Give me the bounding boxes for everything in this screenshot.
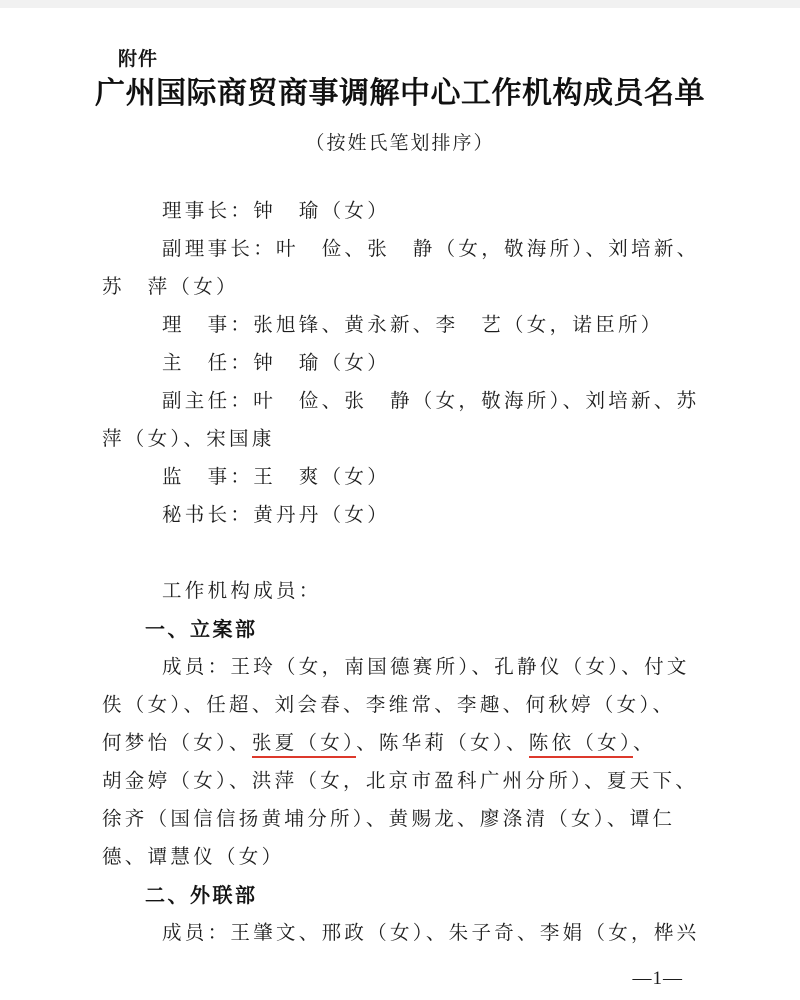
text-line: 主 任：钟 瑜（女） — [102, 345, 742, 383]
name-text: 、 — [633, 733, 656, 754]
name-text: 、陈华莉（女）、 — [356, 733, 529, 754]
text-line: 佚（女）、任超、刘会春、李维常、李趣、何秋婷（女）、 — [102, 687, 742, 725]
attachment-label: 附件 — [118, 44, 158, 71]
text-line: 成员：王玲（女，南国德赛所）、孔静仪（女）、付文 — [102, 649, 742, 687]
document-body: 理事长：钟 瑜（女）副理事长：叶 俭、张 静（女，敬海所）、刘培新、苏 萍（女）… — [102, 193, 742, 953]
text-line: 工作机构成员： — [102, 573, 742, 611]
text-line: 副主任：叶 俭、张 静（女，敬海所）、刘培新、苏 — [102, 383, 742, 421]
text-line: 苏 萍（女） — [102, 269, 742, 307]
text-line: 何梦怡（女）、张夏（女）、陈华莉（女）、陈依（女）、 — [102, 725, 742, 763]
blank-line — [102, 535, 742, 573]
red-underlined-name: 陈依（女） — [529, 733, 633, 758]
text-line: 德、谭慧仪（女） — [102, 839, 742, 877]
text-line: 理 事：张旭锋、黄永新、李 艺（女，诺臣所） — [102, 307, 742, 345]
page-number: —1— — [633, 968, 684, 990]
document-subtitle: （按姓氏笔划排序） — [0, 128, 800, 155]
page-top-edge — [0, 0, 800, 8]
text-line: 秘书长：黄丹丹（女） — [102, 497, 742, 535]
section-heading: 一、立案部 — [102, 611, 742, 649]
document-page: 附件 广州国际商贸商事调解中心工作机构成员名单 （按姓氏笔划排序） 理事长：钟 … — [0, 0, 800, 1000]
text-line: 成员：王肇文、邢政（女）、朱子奇、李娟（女，桦兴 — [102, 915, 742, 953]
document-title: 广州国际商贸商事调解中心工作机构成员名单 — [0, 68, 800, 112]
text-line: 徐齐（国信信扬黄埔分所）、黄赐龙、廖涤清（女）、谭仁 — [102, 801, 742, 839]
text-line: 萍（女）、宋国康 — [102, 421, 742, 459]
text-line: 监 事：王 爽（女） — [102, 459, 742, 497]
text-line: 副理事长：叶 俭、张 静（女，敬海所）、刘培新、 — [102, 231, 742, 269]
text-line: 理事长：钟 瑜（女） — [102, 193, 742, 231]
red-underlined-name: 张夏（女） — [252, 733, 356, 758]
section-heading: 二、外联部 — [102, 877, 742, 915]
name-text: 何梦怡（女）、 — [102, 733, 252, 754]
text-line: 胡金婷（女）、洪萍（女，北京市盈科广州分所）、夏天下、 — [102, 763, 742, 801]
